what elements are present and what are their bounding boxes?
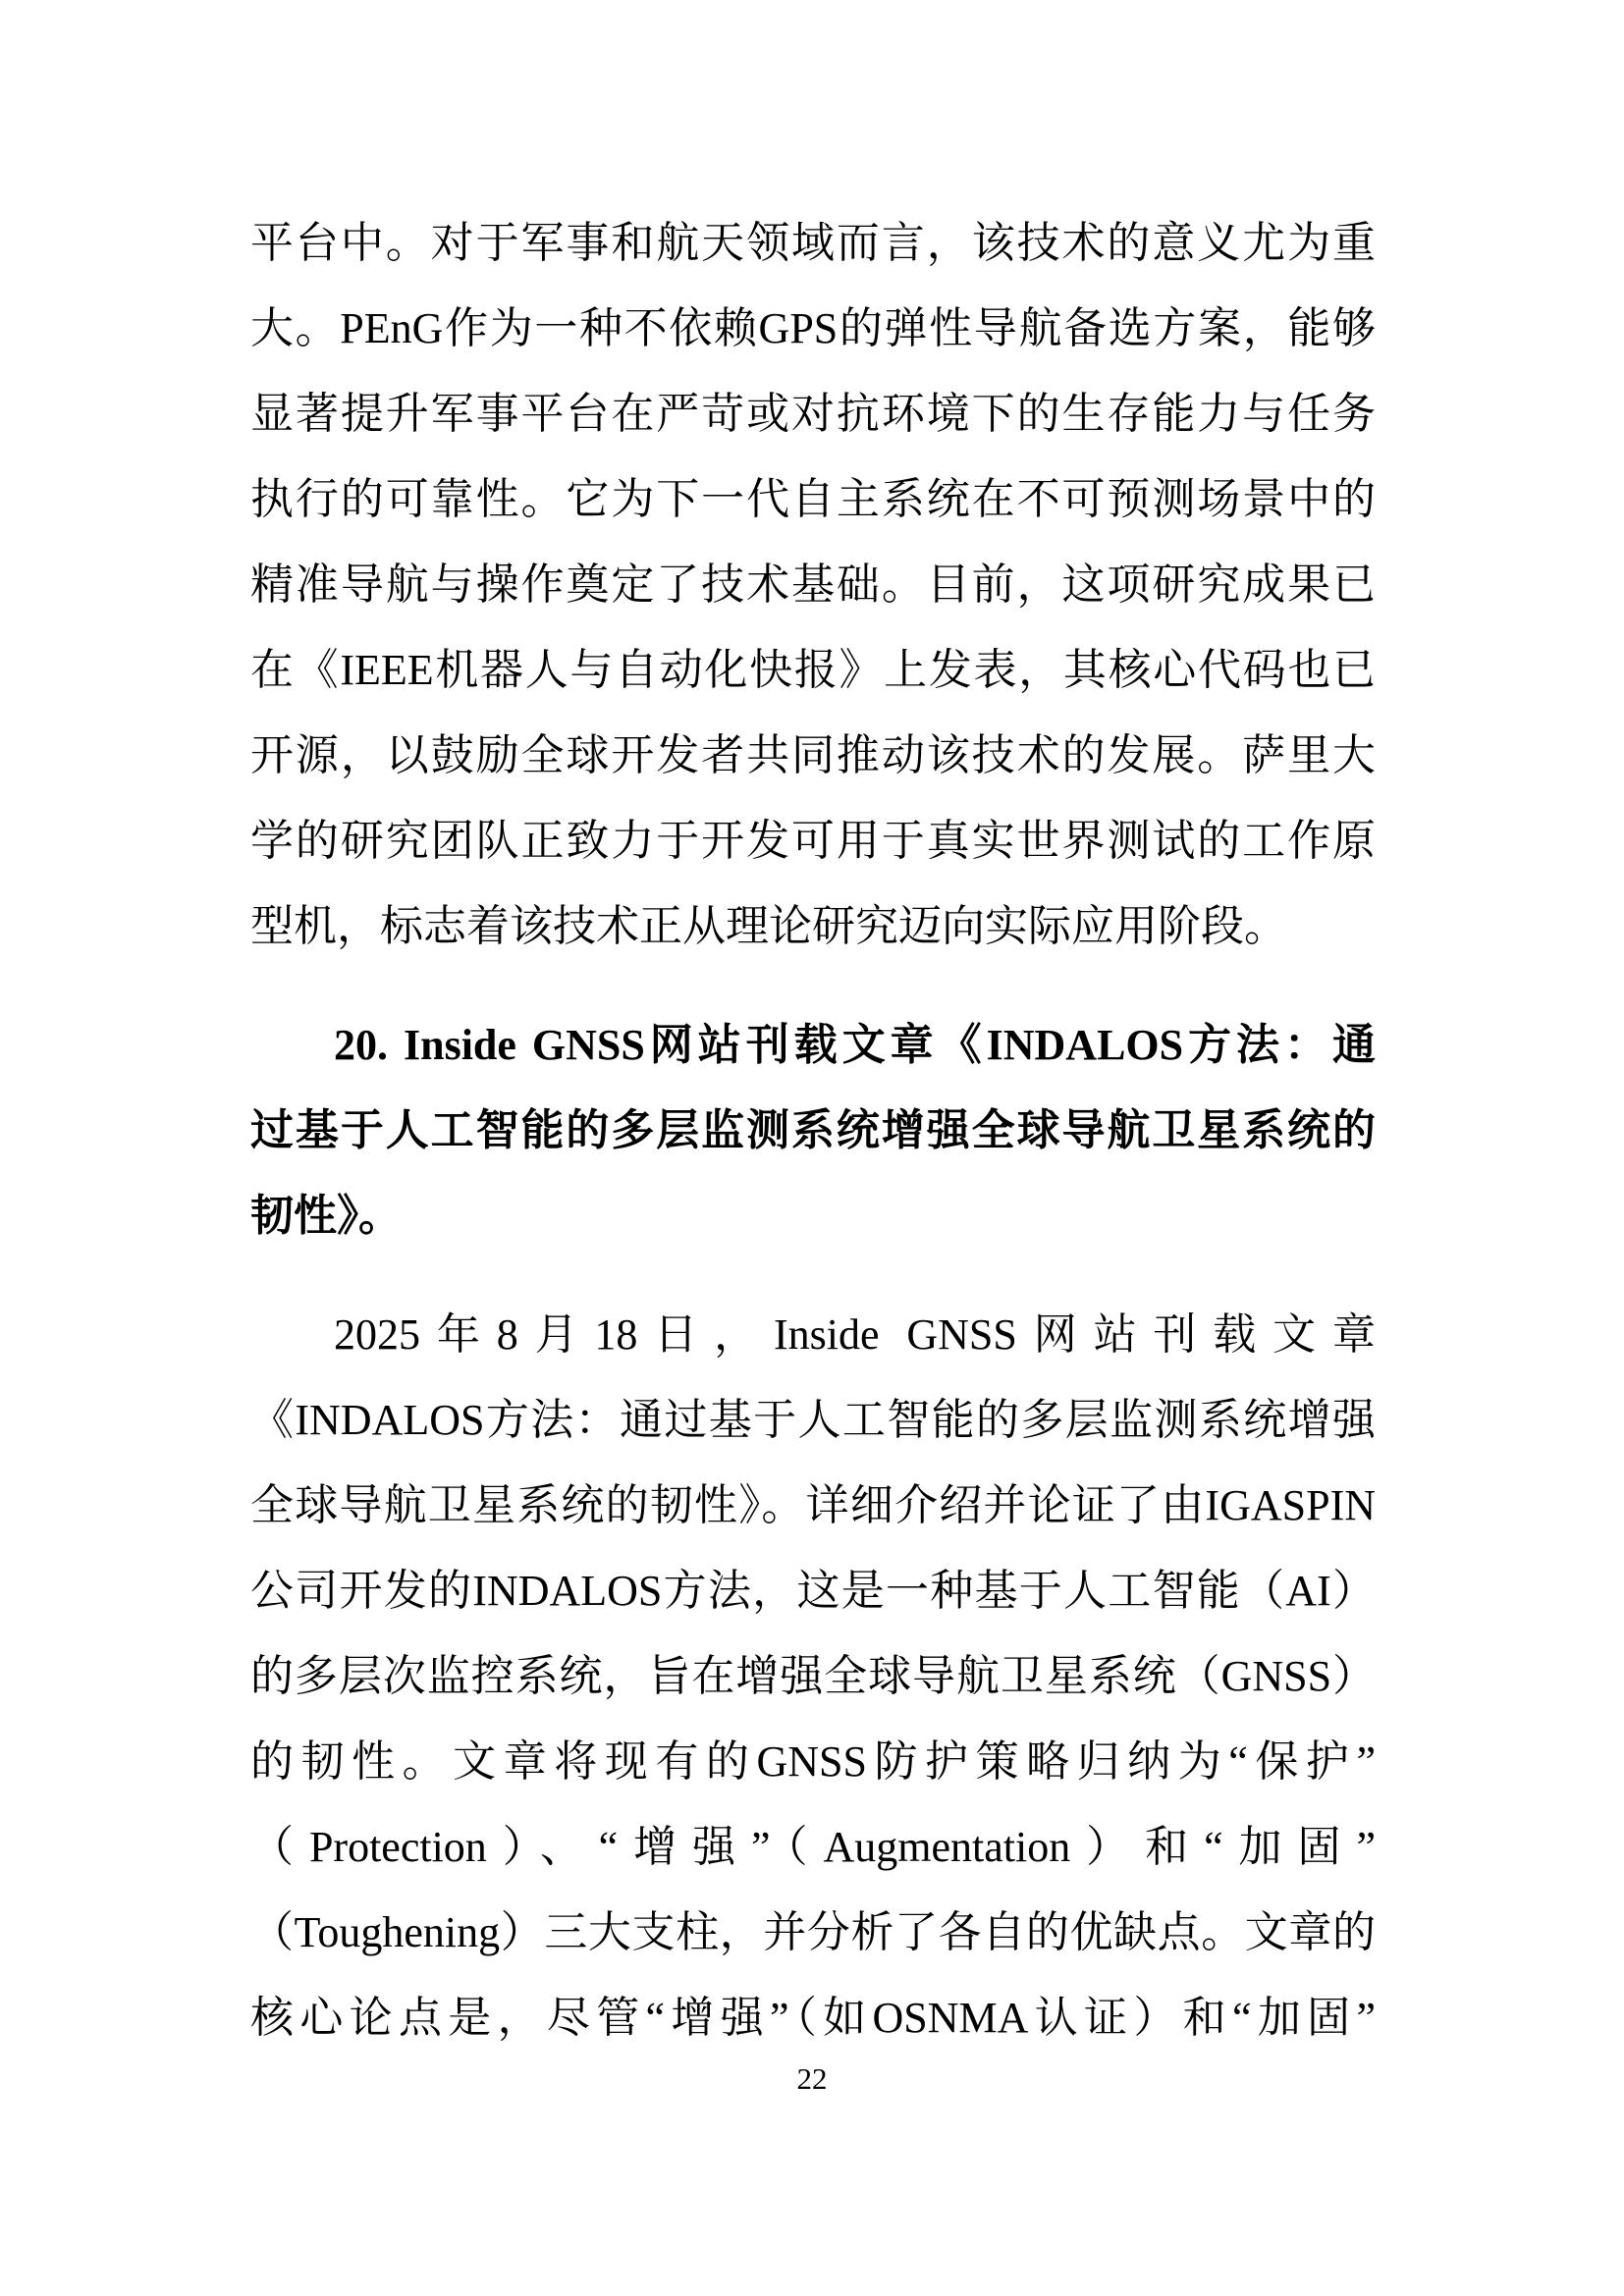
text-line: 大。PEnG作为一种不依赖GPS的弹性导航备选方案，能够 <box>250 286 1376 371</box>
heading-line: 20. Inside GNSS网站刊载文章《INDALOS方法：通 <box>250 1002 1376 1088</box>
text-line: 2025年8月18日，Inside GNSS网站刊载文章 <box>250 1292 1376 1377</box>
text-line: 核心论点是，尽管“增强”（如OSNMA认证）和“加固” <box>250 1975 1376 2060</box>
text-line: 显著提升军事平台在严苛或对抗环境下的生存能力与任务 <box>250 371 1376 456</box>
text-line: 型机，标志着该技术正从理论研究迈向实际应用阶段。 <box>250 883 1376 969</box>
text-line: 精准导航与操作奠定了技术基础。目前，这项研究成果已 <box>250 542 1376 627</box>
heading-line: 韧性》。 <box>250 1173 1376 1258</box>
text-line: 在《IEEE机器人与自动化快报》上发表，其核心代码也已 <box>250 627 1376 713</box>
text-line: 开源，以鼓励全球开发者共同推动该技术的发展。萨里大 <box>250 713 1376 798</box>
paragraph-indalos-article: 2025年8月18日，Inside GNSS网站刊载文章 《INDALOS方法：… <box>250 1292 1376 2060</box>
page-number: 22 <box>0 2057 1624 2101</box>
text-line: 公司开发的INDALOS方法，这是一种基于人工智能（AI） <box>250 1548 1376 1633</box>
text-line: 的韧性。文章将现有的GNSS防护策略归纳为“保护” <box>250 1719 1376 1804</box>
section-heading-20: 20. Inside GNSS网站刊载文章《INDALOS方法：通 过基于人工智… <box>250 1002 1376 1258</box>
heading-line: 过基于人工智能的多层监测系统增强全球导航卫星系统的 <box>250 1088 1376 1173</box>
paragraph-peng-continuation: 平台中。对于军事和航天领域而言，该技术的意义尤为重 大。PEnG作为一种不依赖G… <box>250 200 1376 969</box>
document-page: 平台中。对于军事和航天领域而言，该技术的意义尤为重 大。PEnG作为一种不依赖G… <box>0 0 1624 2296</box>
text-line: 全球导航卫星系统的韧性》。详细介绍并论证了由IGASPIN <box>250 1463 1376 1548</box>
text-line: 《INDALOS方法：通过基于人工智能的多层监测系统增强 <box>250 1377 1376 1463</box>
text-line: 平台中。对于军事和航天领域而言，该技术的意义尤为重 <box>250 200 1376 286</box>
text-line: 学的研究团队正致力于开发可用于真实世界测试的工作原 <box>250 798 1376 883</box>
text-line: （Toughening）三大支柱，并分析了各自的优缺点。文章的 <box>250 1890 1376 1975</box>
text-line: 的多层次监控系统，旨在增强全球导航卫星系统（GNSS） <box>250 1633 1376 1719</box>
text-block: 平台中。对于军事和航天领域而言，该技术的意义尤为重 大。PEnG作为一种不依赖G… <box>250 200 1376 2060</box>
text-line: （Protection）、“增强”（Augmentation）和“加固” <box>250 1804 1376 1890</box>
text-line: 执行的可靠性。它为下一代自主系统在不可预测场景中的 <box>250 456 1376 542</box>
